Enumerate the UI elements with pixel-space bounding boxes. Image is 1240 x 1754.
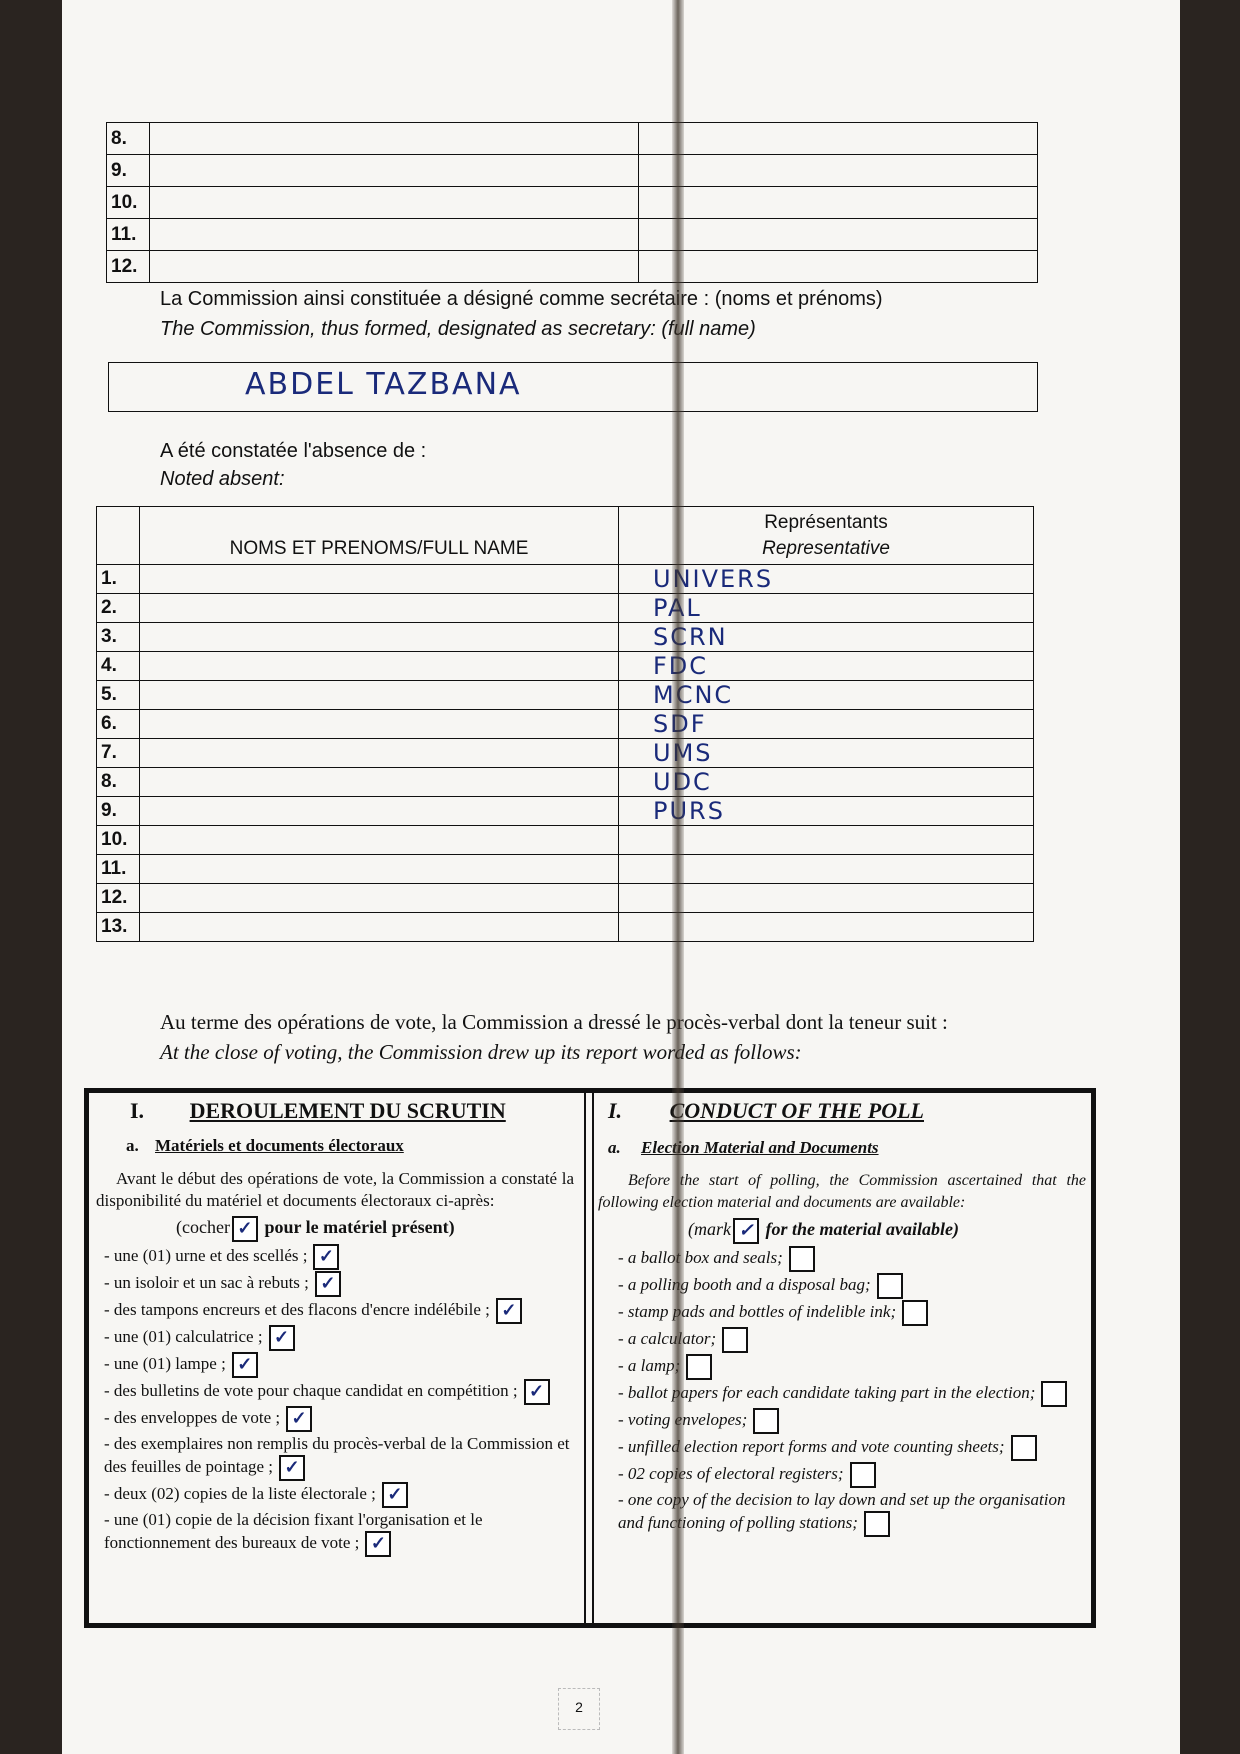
checkbox[interactable]: ✓ bbox=[313, 1244, 339, 1270]
checklist-item: - une (01) urne et des scellés ;✓ bbox=[104, 1244, 574, 1270]
checkbox[interactable]: ✓ bbox=[286, 1406, 312, 1432]
member-name-cell[interactable] bbox=[150, 251, 639, 283]
absent-name-cell[interactable] bbox=[140, 797, 619, 826]
checkbox[interactable] bbox=[850, 1462, 876, 1488]
absence-label-en: Noted absent: bbox=[160, 468, 285, 491]
absence-row: 11. bbox=[97, 855, 1034, 884]
row-number: 4. bbox=[97, 652, 140, 681]
instruction-post: for the material available) bbox=[766, 1219, 959, 1239]
row-number: 2. bbox=[97, 594, 140, 623]
member-name-cell[interactable] bbox=[150, 219, 639, 251]
row-number: 1. bbox=[97, 565, 140, 594]
closing-fr: Au terme des opérations de vote, la Comm… bbox=[160, 1010, 948, 1035]
row-number: 10. bbox=[97, 826, 140, 855]
checkbox[interactable]: ✓ bbox=[496, 1298, 522, 1324]
page-fold-crease bbox=[672, 0, 684, 1754]
checklist-item-label: - stamp pads and bottles of indelible in… bbox=[618, 1302, 896, 1321]
checklist-item: - a calculator; bbox=[618, 1327, 1086, 1353]
absent-name-cell[interactable] bbox=[140, 884, 619, 913]
checkbox[interactable] bbox=[1041, 1381, 1067, 1407]
members-table: 8. 9. 10. 11. 12. bbox=[106, 122, 1038, 283]
checkbox[interactable] bbox=[789, 1246, 815, 1272]
absent-name-cell[interactable] bbox=[140, 623, 619, 652]
column-divider bbox=[584, 1093, 594, 1623]
section-en-instruction: (mark✓ for the material available) bbox=[688, 1218, 1086, 1244]
checklist-item: - des tampons encreurs et des flacons d'… bbox=[104, 1298, 574, 1324]
row-number: 9. bbox=[107, 155, 150, 187]
checklist-item-label: - one copy of the decision to lay down a… bbox=[618, 1490, 1065, 1532]
absence-row: 12. bbox=[97, 884, 1034, 913]
absence-row: 6.SDF bbox=[97, 710, 1034, 739]
absence-table: NOMS ET PRENOMS/FULL NAME Représentants … bbox=[96, 506, 1034, 942]
row-number: 9. bbox=[97, 797, 140, 826]
absence-row: 10. bbox=[97, 826, 1034, 855]
member-rep-cell[interactable] bbox=[639, 187, 1038, 219]
checkbox[interactable] bbox=[864, 1511, 890, 1537]
checklist-item-label: - des tampons encreurs et des flacons d'… bbox=[104, 1300, 490, 1319]
rep-handwritten: MCNC bbox=[653, 681, 733, 709]
checklist-item: - des exemplaires non remplis du procès-… bbox=[104, 1433, 574, 1481]
document-page: 8. 9. 10. 11. 12. La Commission ainsi co… bbox=[62, 0, 1180, 1754]
checklist-item-label: - des exemplaires non remplis du procès-… bbox=[104, 1434, 570, 1476]
checklist-item: - des enveloppes de vote ;✓ bbox=[104, 1406, 574, 1432]
checkbox[interactable] bbox=[686, 1354, 712, 1380]
absence-row: 8.UDC bbox=[97, 768, 1034, 797]
absence-row: 4.FDC bbox=[97, 652, 1034, 681]
row-number: 8. bbox=[97, 768, 140, 797]
row-number: 6. bbox=[97, 710, 140, 739]
member-rep-cell[interactable] bbox=[639, 155, 1038, 187]
member-name-cell[interactable] bbox=[150, 123, 639, 155]
checklist-item-label: - 02 copies of electoral registers; bbox=[618, 1464, 844, 1483]
row-number: 7. bbox=[97, 739, 140, 768]
checklist-item: - une (01) lampe ;✓ bbox=[104, 1352, 574, 1378]
absent-name-cell[interactable] bbox=[140, 913, 619, 942]
row-number: 10. bbox=[107, 187, 150, 219]
checkbox[interactable]: ✓ bbox=[315, 1271, 341, 1297]
checklist-item: - stamp pads and bottles of indelible in… bbox=[618, 1300, 1086, 1326]
subsection-en-letter: a. bbox=[608, 1138, 621, 1157]
section-fr-number: I. bbox=[130, 1098, 144, 1123]
example-checkbox: ✓ bbox=[733, 1218, 759, 1244]
checkbox[interactable] bbox=[1011, 1435, 1037, 1461]
checklist-item: - unfilled election report forms and vot… bbox=[618, 1435, 1086, 1461]
member-name-cell[interactable] bbox=[150, 155, 639, 187]
checklist-item-label: - a calculator; bbox=[618, 1329, 716, 1348]
row-number: 11. bbox=[97, 855, 140, 884]
instruction-pre: (cocher bbox=[176, 1217, 230, 1237]
header-full-name: NOMS ET PRENOMS/FULL NAME bbox=[140, 507, 619, 565]
checkbox[interactable]: ✓ bbox=[365, 1531, 391, 1557]
subsection-fr-letter: a. bbox=[126, 1136, 139, 1155]
checklist-item: - une (01) copie de la décision fixant l… bbox=[104, 1509, 574, 1557]
checklist-item: - one copy of the decision to lay down a… bbox=[618, 1489, 1086, 1537]
row-number: 5. bbox=[97, 681, 140, 710]
absent-name-cell[interactable] bbox=[140, 826, 619, 855]
secretary-label-en: The Commission, thus formed, designated … bbox=[160, 318, 756, 341]
absence-row: 3.SCRN bbox=[97, 623, 1034, 652]
section-fr-instruction: (cocher✓ pour le matériel présent) bbox=[176, 1216, 574, 1242]
checklist-item-label: - des enveloppes de vote ; bbox=[104, 1408, 280, 1427]
member-name-cell[interactable] bbox=[150, 187, 639, 219]
row-number: 13. bbox=[97, 913, 140, 942]
absence-row: 2.PAL bbox=[97, 594, 1034, 623]
checklist-item-label: - a polling booth and a disposal bag; bbox=[618, 1275, 871, 1294]
checkbox[interactable]: ✓ bbox=[232, 1352, 258, 1378]
checklist-item: - a lamp; bbox=[618, 1354, 1086, 1380]
absent-name-cell[interactable] bbox=[140, 652, 619, 681]
row-number: 11. bbox=[107, 219, 150, 251]
checklist-item: - deux (02) copies de la liste électoral… bbox=[104, 1482, 574, 1508]
checklist-item-label: - une (01) copie de la décision fixant l… bbox=[104, 1510, 483, 1552]
row-number: 8. bbox=[107, 123, 150, 155]
checklist-item-label: - a ballot box and seals; bbox=[618, 1248, 783, 1267]
checklist-item: - un isoloir et un sac à rebuts ;✓ bbox=[104, 1271, 574, 1297]
checkbox[interactable] bbox=[877, 1273, 903, 1299]
section-fr: I. DEROULEMENT DU SCRUTIN a. Matériels e… bbox=[96, 1098, 574, 1558]
checkbox[interactable]: ✓ bbox=[382, 1482, 408, 1508]
checklist-item-label: - a lamp; bbox=[618, 1356, 680, 1375]
closing-en: At the close of voting, the Commission d… bbox=[160, 1040, 802, 1065]
checklist-item: - une (01) calculatrice ;✓ bbox=[104, 1325, 574, 1351]
secretary-label-fr: La Commission ainsi constituée a désigné… bbox=[160, 288, 883, 311]
absent-name-cell[interactable] bbox=[140, 855, 619, 884]
checklist-item-label: - une (01) urne et des scellés ; bbox=[104, 1246, 307, 1265]
instruction-pre: (mark bbox=[688, 1219, 731, 1239]
checkbox[interactable]: ✓ bbox=[269, 1325, 295, 1351]
section-en-number: I. bbox=[608, 1098, 622, 1123]
member-rep-cell[interactable] bbox=[639, 123, 1038, 155]
page-number-text: 2 bbox=[575, 1699, 583, 1715]
checklist-item: - ballot papers for each candidate takin… bbox=[618, 1381, 1086, 1407]
checklist-item-label: - une (01) lampe ; bbox=[104, 1354, 226, 1373]
section-en-title: CONDUCT OF THE POLL bbox=[670, 1098, 924, 1123]
absent-name-cell[interactable] bbox=[140, 739, 619, 768]
row-number: 12. bbox=[107, 251, 150, 283]
member-rep-cell[interactable] bbox=[639, 251, 1038, 283]
checklist-item: - a ballot box and seals; bbox=[618, 1246, 1086, 1272]
absence-row: 9.PURS bbox=[97, 797, 1034, 826]
row-number: 12. bbox=[97, 884, 140, 913]
checklist-item-label: - des bulletins de vote pour chaque cand… bbox=[104, 1381, 518, 1400]
rep-handwritten: PURS bbox=[653, 797, 725, 825]
checkbox[interactable]: ✓ bbox=[279, 1455, 305, 1481]
rep-handwritten: SCRN bbox=[653, 623, 728, 651]
checklist-item-label: - deux (02) copies de la liste électoral… bbox=[104, 1484, 376, 1503]
secretary-name-field[interactable]: ABDEL TAZBANA bbox=[108, 362, 1038, 412]
secretary-name-handwritten: ABDEL TAZBANA bbox=[245, 367, 522, 402]
section-fr-title: DEROULEMENT DU SCRUTIN bbox=[190, 1098, 506, 1123]
absence-row: 5.MCNC bbox=[97, 681, 1034, 710]
absent-name-cell[interactable] bbox=[140, 681, 619, 710]
checkbox[interactable] bbox=[722, 1327, 748, 1353]
absent-name-cell[interactable] bbox=[140, 594, 619, 623]
checklist-item-label: - un isoloir et un sac à rebuts ; bbox=[104, 1273, 309, 1292]
member-rep-cell[interactable] bbox=[639, 219, 1038, 251]
subsection-fr-title: Matériels et documents électoraux bbox=[155, 1136, 404, 1155]
absence-row: 7.UMS bbox=[97, 739, 1034, 768]
absent-name-cell[interactable] bbox=[140, 710, 619, 739]
absence-label-fr: A été constatée l'absence de : bbox=[160, 440, 426, 463]
section-fr-intro: Avant le début des opérations de vote, l… bbox=[96, 1168, 574, 1212]
absent-name-cell[interactable] bbox=[140, 565, 619, 594]
absence-row: 1.UNIVERS bbox=[97, 565, 1034, 594]
row-number: 3. bbox=[97, 623, 140, 652]
checklist-item: - voting envelopes; bbox=[618, 1408, 1086, 1434]
example-checkbox: ✓ bbox=[232, 1216, 258, 1242]
checkbox[interactable]: ✓ bbox=[524, 1379, 550, 1405]
instruction-post: pour le matériel présent) bbox=[264, 1217, 454, 1237]
checkbox[interactable] bbox=[902, 1300, 928, 1326]
checklist-item-label: - une (01) calculatrice ; bbox=[104, 1327, 263, 1346]
checklist-item: - des bulletins de vote pour chaque cand… bbox=[104, 1379, 574, 1405]
absence-row: 13. bbox=[97, 913, 1034, 942]
page-number: 2 bbox=[558, 1688, 600, 1730]
rep-handwritten: UNIVERS bbox=[653, 565, 773, 593]
checklist-item: - a polling booth and a disposal bag; bbox=[618, 1273, 1086, 1299]
checkbox[interactable] bbox=[753, 1408, 779, 1434]
absent-name-cell[interactable] bbox=[140, 768, 619, 797]
checklist-item: - 02 copies of electoral registers; bbox=[618, 1462, 1086, 1488]
